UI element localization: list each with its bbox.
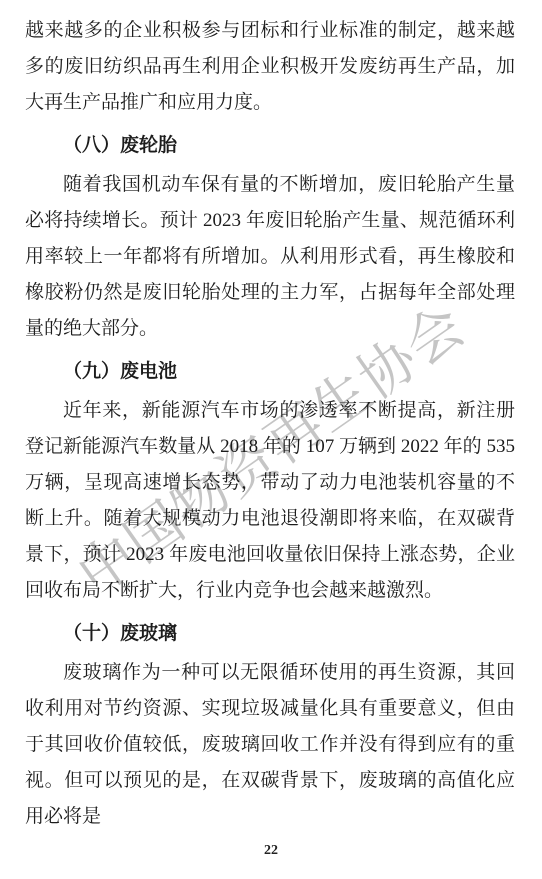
- section-heading-waste-tires: （八）废轮胎: [25, 128, 515, 164]
- page-body: 越来越多的企业积极参与团标和行业标准的制定，越来越多的废旧纺织品再生利用企业积极…: [0, 0, 542, 835]
- paragraph-continuation: 越来越多的企业积极参与团标和行业标准的制定，越来越多的废旧纺织品再生利用企业积极…: [25, 13, 515, 121]
- page-number: 22: [0, 843, 542, 859]
- paragraph-waste-batteries: 近年来，新能源汽车市场的渗透率不断提高，新注册登记新能源汽车数量从 2018 年…: [25, 393, 515, 609]
- section-heading-waste-glass: （十）废玻璃: [25, 616, 515, 652]
- paragraph-waste-glass: 废玻璃作为一种可以无限循环使用的再生资源，其回收利用对节约资源、实现垃圾减量化具…: [25, 655, 515, 835]
- paragraph-waste-tires: 随着我国机动车保有量的不断增加，废旧轮胎产生量必将持续增长。预计 2023 年废…: [25, 167, 515, 347]
- document-page: 中国物资再生协会 越来越多的企业积极参与团标和行业标准的制定，越来越多的废旧纺织…: [0, 0, 542, 879]
- section-heading-waste-batteries: （九）废电池: [25, 354, 515, 390]
